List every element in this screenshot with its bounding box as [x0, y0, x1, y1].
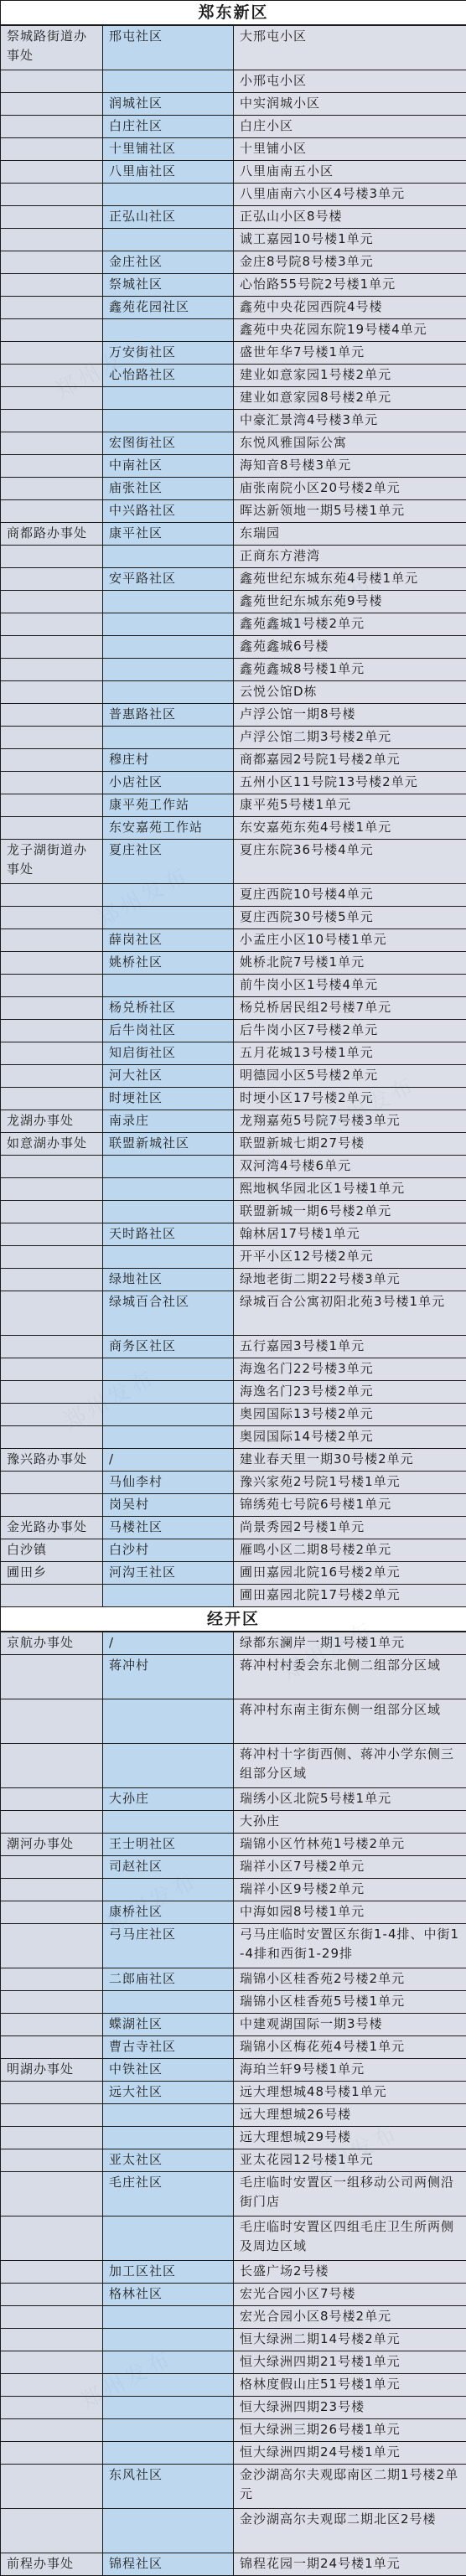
table-row: 开平小区12号楼2单元 — [1, 1246, 466, 1269]
office-cell — [1, 1811, 103, 1834]
office-cell — [1, 952, 103, 975]
office-cell — [1, 410, 103, 432]
community-cell — [103, 2306, 234, 2329]
location-cell: 小孟庄小区10号楼1单元 — [234, 929, 466, 952]
community-cell: 河沟王社区 — [103, 1562, 234, 1585]
location-cell: 中建观湖国际一期3号楼 — [234, 2014, 466, 2036]
community-cell: 司赵社区 — [103, 1856, 234, 1879]
community-cell: 鑫苑花园社区 — [103, 297, 234, 319]
community-cell — [103, 1156, 234, 1178]
table-row: 司赵社区瑞祥小区7号楼2单元 — [1, 1856, 466, 1879]
community-cell: 杨兑桥社区 — [103, 997, 234, 1020]
table-row: 夏庄西院30号楼5单元 — [1, 907, 466, 929]
location-cell: 商都嘉园2号院1号楼2单元 — [234, 749, 466, 772]
community-cell: 马楼社区 — [103, 1517, 234, 1539]
community-cell: 亚太社区 — [103, 2149, 234, 2172]
office-cell — [1, 319, 103, 342]
community-cell: 二郎庙社区 — [103, 1968, 234, 1991]
table-row: 鑫苑世纪东城东苑9号楼 — [1, 591, 466, 613]
office-cell — [1, 749, 103, 772]
table-row: 海逸名门22号楼3单元 — [1, 1358, 466, 1381]
office-cell — [1, 727, 103, 749]
table-row: 商务区社区五行嘉园3号楼1单元 — [1, 1336, 466, 1358]
office-cell — [1, 2261, 103, 2284]
community-cell: 姚桥社区 — [103, 952, 234, 975]
location-cell: 联盟新城一期6号楼2单元 — [234, 1201, 466, 1223]
community-cell: 王士明社区 — [103, 1834, 234, 1856]
location-cell: 小邢屯小区 — [234, 70, 466, 93]
table-row: 康桥社区中海如园8号楼1单元 — [1, 1901, 466, 1924]
location-cell: 远大理想城26号楼 — [234, 2104, 466, 2127]
location-cell: 龙翔嘉苑5号院7号楼3单元 — [234, 1110, 466, 1133]
community-cell — [103, 1811, 234, 1834]
community-cell: 康桥社区 — [103, 1901, 234, 1924]
community-cell: 联盟新城社区 — [103, 1133, 234, 1156]
table-row: 穆庄村商都嘉园2号院1号楼2单元 — [1, 749, 466, 772]
location-cell: 晖达新领地一期5号楼1单元 — [234, 500, 466, 523]
table-row: 恒大绿洲二期14号楼2单元 — [1, 2329, 466, 2351]
location-cell: 绿地老街二期22号楼3单元 — [234, 1269, 466, 1291]
community-cell: 穆庄村 — [103, 749, 234, 772]
location-cell: 熙地枫华园北区1号楼1单元 — [234, 1178, 466, 1201]
table-row: 岗吴村锦绣苑七号院6号楼1单元 — [1, 1494, 466, 1517]
location-cell: 鑫苑中央花园东院19号楼4单元 — [234, 319, 466, 342]
table-row: 恒大绿洲四期21号楼1单元 — [1, 2351, 466, 2374]
table-row: 马仙李村豫兴家苑2号院1号楼1单元 — [1, 1472, 466, 1494]
office-cell — [1, 817, 103, 840]
location-cell: 翰林居17号楼1单元 — [234, 1223, 466, 1246]
office-cell — [1, 1744, 103, 1788]
office-cell — [1, 1381, 103, 1404]
community-cell: 弓马庄社区 — [103, 1924, 234, 1968]
office-cell — [1, 681, 103, 704]
community-cell — [103, 613, 234, 636]
table-row: 后牛岗社区后牛岗小区7号楼2单元 — [1, 1020, 466, 1042]
location-cell: 盛世年华7号楼1单元 — [234, 342, 466, 365]
table-row: 京航办事处/绿都东澜岸一期1号楼1单元 — [1, 1632, 466, 1655]
location-cell: 五月花城13号楼1单元 — [234, 1042, 466, 1065]
community-cell — [103, 229, 234, 251]
location-cell: 海珀兰轩9号楼1单元 — [234, 2059, 466, 2082]
location-cell: 建业春天里一期30号楼2单元 — [234, 1449, 466, 1472]
community-cell: 白庄社区 — [103, 116, 234, 138]
community-cell — [103, 2419, 234, 2442]
location-cell: 杨兑桥居民组2号楼7单元 — [234, 997, 466, 1020]
office-cell — [1, 365, 103, 387]
location-cell: 东瑞园 — [234, 523, 466, 546]
table-row: 鑫苑鑫城1号楼2单元 — [1, 613, 466, 636]
community-cell: 商务区社区 — [103, 1336, 234, 1358]
table-row: 二郎庙社区瑞锦小区桂香苑2号楼2单元 — [1, 1968, 466, 1991]
table-row: 大孙庄 — [1, 1811, 466, 1834]
table-row: 润城社区中实润城小区 — [1, 93, 466, 116]
community-cell: 安平路社区 — [103, 568, 234, 591]
office-cell — [1, 2374, 103, 2397]
location-cell: 金沙湖高尔夫观邸二期北区2号楼 — [234, 2509, 466, 2553]
location-cell: 毛庄临时安置区一组移动公司两侧沿街门店 — [234, 2172, 466, 2216]
location-cell: 卢浮公馆一期8号楼 — [234, 704, 466, 727]
location-cell: 建业如意家园8号楼2单元 — [234, 387, 466, 410]
location-cell: 瑞锦小区桂香苑5号楼1单元 — [234, 1991, 466, 2014]
office-cell — [1, 591, 103, 613]
location-cell: 瑞锦小区竹林苑1号楼2单元 — [234, 1834, 466, 1856]
location-cell: 瑞锦小区梅花苑4号楼1单元 — [234, 2036, 466, 2059]
location-cell: 夏庄西院30号楼5单元 — [234, 907, 466, 929]
office-cell — [1, 997, 103, 1020]
office-cell — [1, 2036, 103, 2059]
table-row: 潮河办事处王士明社区瑞锦小区竹林苑1号楼2单元 — [1, 1834, 466, 1856]
location-cell: 后牛岗小区7号楼2单元 — [234, 1020, 466, 1042]
community-cell — [103, 387, 234, 410]
location-cell: 心怡路55号院2号楼1单元 — [234, 274, 466, 297]
office-cell — [1, 546, 103, 568]
location-cell: 八里庙南六小区4号楼3单元 — [234, 184, 466, 206]
location-cell: 恒大绿洲三期26号楼1单元 — [234, 2419, 466, 2442]
location-cell: 蒋冲村东南主街东侧一组部分区域 — [234, 1699, 466, 1744]
table-row: 夏庄西院10号楼4单元 — [1, 884, 466, 907]
community-cell: 加工区社区 — [103, 2261, 234, 2284]
office-cell — [1, 297, 103, 319]
location-cell: 庙张南院小区20号楼2单元 — [234, 478, 466, 500]
table-row: 姚桥社区姚桥北院7号楼1单元 — [1, 952, 466, 975]
table-row: 奥园国际14号楼2单元 — [1, 1426, 466, 1449]
table-row: 远大社区远大理想城48号楼1单元 — [1, 2082, 466, 2104]
office-cell: 龙湖办事处 — [1, 1110, 103, 1133]
community-cell: / — [103, 1449, 234, 1472]
office-cell — [1, 1201, 103, 1223]
community-cell — [103, 2329, 234, 2351]
table-row: 瑞祥小区9号楼2单元 — [1, 1879, 466, 1901]
office-cell: 京航办事处 — [1, 1632, 103, 1655]
community-cell: 马仙李村 — [103, 1472, 234, 1494]
office-cell — [1, 1585, 103, 1607]
location-cell: 双河湾4号楼6单元 — [234, 1156, 466, 1178]
office-cell — [1, 500, 103, 523]
office-cell — [1, 1291, 103, 1336]
community-cell — [103, 2104, 234, 2127]
community-cell: 锦程社区 — [103, 2553, 234, 2576]
office-cell — [1, 2306, 103, 2329]
community-cell: 正弘山社区 — [103, 206, 234, 229]
office-cell — [1, 568, 103, 591]
community-cell: 后牛岗社区 — [103, 1020, 234, 1042]
community-cell — [103, 659, 234, 681]
location-cell: 弓马庄临时安置区东街1-4排、中街1-4排和西街1-29排 — [234, 1924, 466, 1968]
location-cell: 夏庄西院10号楼4单元 — [234, 884, 466, 907]
table-row: 宏光合园小区8号楼2单元 — [1, 2306, 466, 2329]
community-cell: 蝶湖社区 — [103, 2014, 234, 2036]
location-cell: 开平小区12号楼2单元 — [234, 1246, 466, 1269]
office-cell — [1, 2104, 103, 2127]
office-cell — [1, 704, 103, 727]
table-row: 心怡路社区建业如意家园1号楼2单元 — [1, 365, 466, 387]
table-row: 格林度假山庄51号楼1单元 — [1, 2374, 466, 2397]
community-cell: 薛岗社区 — [103, 929, 234, 952]
table-row: 蒋冲村蒋冲村村委会东北侧二组部分区域 — [1, 1655, 466, 1699]
office-cell: 金光路办事处 — [1, 1517, 103, 1539]
section-title: 郑东新区 — [1, 1, 466, 26]
table-row: 东风社区金沙湖高尔夫观邸南区二期1号楼2单元 — [1, 2465, 466, 2509]
table-row: 宏图街社区东悦风雅国际公寓 — [1, 432, 466, 455]
table-row: 安平路社区鑫苑世纪东城东苑4号楼1单元 — [1, 568, 466, 591]
location-cell: 大孙庄 — [234, 1811, 466, 1834]
location-cell: 宏光合园小区7号楼 — [234, 2284, 466, 2306]
table-row: 龙湖办事处南录庄龙翔嘉苑5号院7号楼3单元 — [1, 1110, 466, 1133]
office-cell — [1, 251, 103, 274]
community-cell: 曹古寺社区 — [103, 2036, 234, 2059]
community-cell: 天时路社区 — [103, 1223, 234, 1246]
location-cell: 云悦公馆D栋 — [234, 681, 466, 704]
community-cell — [103, 2351, 234, 2374]
office-cell — [1, 342, 103, 365]
office-cell — [1, 478, 103, 500]
office-cell: 龙子湖街道办事处 — [1, 840, 103, 884]
office-cell — [1, 1856, 103, 1879]
community-cell: 南录庄 — [103, 1110, 234, 1133]
community-cell: 中兴路社区 — [103, 500, 234, 523]
table-row: 熙地枫华园北区1号楼1单元 — [1, 1178, 466, 1201]
office-cell — [1, 1404, 103, 1426]
office-cell — [1, 659, 103, 681]
community-cell — [103, 1585, 234, 1607]
location-cell: 诚工嘉园10号楼1单元 — [234, 229, 466, 251]
office-cell — [1, 2442, 103, 2465]
table-row: 正弘山社区正弘山小区8号楼 — [1, 206, 466, 229]
location-cell: 鑫苑鑫城6号楼 — [234, 636, 466, 659]
office-cell — [1, 116, 103, 138]
table-row: 康平苑工作站康平苑5号楼1单元 — [1, 794, 466, 817]
location-cell: 五州小区11号院13号楼2单元 — [234, 772, 466, 794]
community-cell — [103, 1426, 234, 1449]
community-cell — [103, 1178, 234, 1201]
location-cell: 东悦风雅国际公寓 — [234, 432, 466, 455]
office-cell — [1, 1156, 103, 1178]
table-row: 鑫苑中央花园东院19号楼4单元 — [1, 319, 466, 342]
table-row: 八里庙社区八里庙南五小区 — [1, 161, 466, 184]
table-row: 诚工嘉园10号楼1单元 — [1, 229, 466, 251]
community-cell — [103, 70, 234, 93]
office-cell — [1, 274, 103, 297]
table-row: 联盟新城一期6号楼2单元 — [1, 1201, 466, 1223]
location-cell: 中实润城小区 — [234, 93, 466, 116]
location-cell: 前牛岗小区1号楼4单元 — [234, 975, 466, 997]
office-cell — [1, 772, 103, 794]
community-cell — [103, 1201, 234, 1223]
table-row: 中豪汇景湾4号楼3单元 — [1, 410, 466, 432]
office-cell — [1, 93, 103, 116]
community-cell: 大孙庄 — [103, 1788, 234, 1811]
table-row: 圃田嘉园北院17号楼2单元 — [1, 1585, 466, 1607]
table-row: 瑞锦小区桂香苑5号楼1单元 — [1, 1991, 466, 2014]
office-cell — [1, 2509, 103, 2553]
community-cell — [103, 1699, 234, 1744]
office-cell: 潮河办事处 — [1, 1834, 103, 1856]
office-cell — [1, 1178, 103, 1201]
table-row: 云悦公馆D栋 — [1, 681, 466, 704]
community-cell — [103, 681, 234, 704]
office-cell — [1, 1246, 103, 1269]
table-row: 庙张社区庙张南院小区20号楼2单元 — [1, 478, 466, 500]
community-cell — [103, 975, 234, 997]
location-cell: 正商东方港湾 — [234, 546, 466, 568]
table-row: 亚太社区亚太花园12号楼1单元 — [1, 2149, 466, 2172]
office-cell — [1, 1088, 103, 1110]
table-row: 弓马庄社区弓马庄临时安置区东街1-4排、中街1-4排和西街1-29排 — [1, 1924, 466, 1968]
location-cell: 金庄8号院8号楼3单元 — [234, 251, 466, 274]
office-cell — [1, 2351, 103, 2374]
community-cell — [103, 884, 234, 907]
table-row: 鑫苑鑫城8号楼1单元 — [1, 659, 466, 681]
community-cell — [103, 546, 234, 568]
table-row: 中南社区海知音8号楼3单元 — [1, 455, 466, 478]
community-cell — [103, 2397, 234, 2419]
table-row: 正商东方港湾 — [1, 546, 466, 568]
location-cell: 恒大绿洲二期14号楼2单元 — [234, 2329, 466, 2351]
office-cell — [1, 2082, 103, 2104]
location-cell: 雁鸣小区二期8号楼2单元 — [234, 1539, 466, 1562]
office-cell — [1, 1065, 103, 1088]
office-cell — [1, 1699, 103, 1744]
location-cell: 鑫苑鑫城1号楼2单元 — [234, 613, 466, 636]
location-cell: 瑞祥小区7号楼2单元 — [234, 1856, 466, 1879]
table-row: 海逸名门23号楼2单元 — [1, 1381, 466, 1404]
location-cell: 瑞祥小区9号楼2单元 — [234, 1879, 466, 1901]
location-cell: 海知音8号楼3单元 — [234, 455, 466, 478]
table-row: 中兴路社区晖达新领地一期5号楼1单元 — [1, 500, 466, 523]
risk-area-table-sheet: 郑东新区祭城路街道办事处邢屯社区大邢屯小区小邢屯小区润城社区中实润城小区白庄社区… — [0, 0, 466, 2576]
table-row: 建业如意家园8号楼2单元 — [1, 387, 466, 410]
community-cell — [103, 2127, 234, 2149]
community-cell — [103, 1991, 234, 2014]
community-cell — [103, 1744, 234, 1788]
location-cell: 中豪汇景湾4号楼3单元 — [234, 410, 466, 432]
community-cell: 中南社区 — [103, 455, 234, 478]
location-cell: 绿都东澜岸一期1号楼1单元 — [234, 1632, 466, 1655]
community-cell: 格林社区 — [103, 2284, 234, 2306]
location-cell: 鑫苑世纪东城东苑9号楼 — [234, 591, 466, 613]
office-cell — [1, 1358, 103, 1381]
table-row: 金光路办事处马楼社区尚景秀园2号楼1单元 — [1, 1517, 466, 1539]
community-cell — [103, 1404, 234, 1426]
table-row: 加工区社区长盛广场2号楼 — [1, 2261, 466, 2284]
office-cell — [1, 432, 103, 455]
location-cell: 鑫苑世纪东城东苑4号楼1单元 — [234, 568, 466, 591]
location-cell: 毛庄临时安置区四组毛庄卫生所两侧及周边区域 — [234, 2216, 466, 2261]
community-cell: 庙张社区 — [103, 478, 234, 500]
community-cell: 润城社区 — [103, 93, 234, 116]
table-row: 蒋冲村东南主街东侧一组部分区域 — [1, 1699, 466, 1744]
office-cell — [1, 184, 103, 206]
office-cell — [1, 794, 103, 817]
community-cell — [103, 907, 234, 929]
community-cell: 小店社区 — [103, 772, 234, 794]
community-cell — [103, 2442, 234, 2465]
office-cell: 圃田乡 — [1, 1562, 103, 1585]
office-cell — [1, 2149, 103, 2172]
community-cell: 东风社区 — [103, 2465, 234, 2509]
location-cell: 十里铺小区 — [234, 138, 466, 161]
location-cell: 卢浮公馆二期3号楼2单元 — [234, 727, 466, 749]
location-cell: 瑞绣小区北院5号楼1单元 — [234, 1788, 466, 1811]
table-row: 明湖办事处中铁社区海珀兰轩9号楼1单元 — [1, 2059, 466, 2082]
location-cell: 五行嘉园3号楼1单元 — [234, 1336, 466, 1358]
table-row: 鑫苑鑫城6号楼 — [1, 636, 466, 659]
location-cell: 海逸名门22号楼3单元 — [234, 1358, 466, 1381]
location-cell: 奥园国际13号楼2单元 — [234, 1404, 466, 1426]
table-row: 双河湾4号楼6单元 — [1, 1156, 466, 1178]
table-row: 万安街社区盛世年华7号楼1单元 — [1, 342, 466, 365]
table-row: 绿地社区绿地老街二期22号楼3单元 — [1, 1269, 466, 1291]
location-cell: 蒋冲村十字街西侧、蒋冲小学东侧三组部分区域 — [234, 1744, 466, 1788]
table-row: 绿城百合社区绿城百合公寓初阳北苑3号楼1单元 — [1, 1291, 466, 1336]
section-header-row: 经开区 — [1, 1607, 466, 1632]
table-row: 白沙镇白沙村雁鸣小区二期8号楼2单元 — [1, 1539, 466, 1562]
community-cell: 邢屯社区 — [103, 25, 234, 70]
community-cell: 夏庄社区 — [103, 840, 234, 884]
office-cell — [1, 1494, 103, 1517]
office-cell — [1, 2014, 103, 2036]
community-cell — [103, 2216, 234, 2261]
community-cell: 宏图街社区 — [103, 432, 234, 455]
community-cell: 白沙村 — [103, 1539, 234, 1562]
location-cell: 建业如意家园1号楼2单元 — [234, 365, 466, 387]
table-row: 恒大绿洲三期26号楼1单元 — [1, 2419, 466, 2442]
office-cell — [1, 636, 103, 659]
table-row: 蝶湖社区中建观湖国际一期3号楼 — [1, 2014, 466, 2036]
table-row: 卢浮公馆二期3号楼2单元 — [1, 727, 466, 749]
location-cell: 时埂小区17号楼2单元 — [234, 1088, 466, 1110]
office-cell — [1, 161, 103, 184]
community-cell: 中铁社区 — [103, 2059, 234, 2082]
office-cell — [1, 907, 103, 929]
table-row: 曹古寺社区瑞锦小区梅花苑4号楼1单元 — [1, 2036, 466, 2059]
table-row: 东安嘉苑工作站东安嘉苑东苑4号楼1单元 — [1, 817, 466, 840]
office-cell — [1, 2127, 103, 2149]
office-cell: 豫兴路办事处 — [1, 1449, 103, 1472]
table-row: 八里庙南六小区4号楼3单元 — [1, 184, 466, 206]
community-cell — [103, 2374, 234, 2397]
office-cell — [1, 1472, 103, 1494]
table-row: 鑫苑花园社区鑫苑中央花园西院4号楼 — [1, 297, 466, 319]
location-cell: 大邢屯小区 — [234, 25, 466, 70]
community-cell — [103, 319, 234, 342]
community-cell: 万安街社区 — [103, 342, 234, 365]
office-cell — [1, 1336, 103, 1358]
location-cell: 鑫苑中央花园西院4号楼 — [234, 297, 466, 319]
table-row: 天时路社区翰林居17号楼1单元 — [1, 1223, 466, 1246]
office-cell — [1, 387, 103, 410]
office-cell — [1, 2465, 103, 2509]
location-cell: 亚太花园12号楼1单元 — [234, 2149, 466, 2172]
office-cell — [1, 613, 103, 636]
table-row: 杨兑桥社区杨兑桥居民组2号楼7单元 — [1, 997, 466, 1020]
office-cell — [1, 2284, 103, 2306]
office-cell — [1, 206, 103, 229]
office-cell — [1, 1020, 103, 1042]
table-row: 恒大绿洲四期24号楼1单元 — [1, 2442, 466, 2465]
community-cell: / — [103, 1632, 234, 1655]
office-cell — [1, 1426, 103, 1449]
community-cell: 八里庙社区 — [103, 161, 234, 184]
table-row: 大孙庄瑞绣小区北院5号楼1单元 — [1, 1788, 466, 1811]
location-cell: 绿城百合公寓初阳北苑3号楼1单元 — [234, 1291, 466, 1336]
location-cell: 远大理想城48号楼1单元 — [234, 2082, 466, 2104]
table-row: 薛岗社区小孟庄小区10号楼1单元 — [1, 929, 466, 952]
community-cell: 岗吴村 — [103, 1494, 234, 1517]
community-cell: 知启街社区 — [103, 1042, 234, 1065]
location-cell: 姚桥北院7号楼1单元 — [234, 952, 466, 975]
community-cell: 康平社区 — [103, 523, 234, 546]
